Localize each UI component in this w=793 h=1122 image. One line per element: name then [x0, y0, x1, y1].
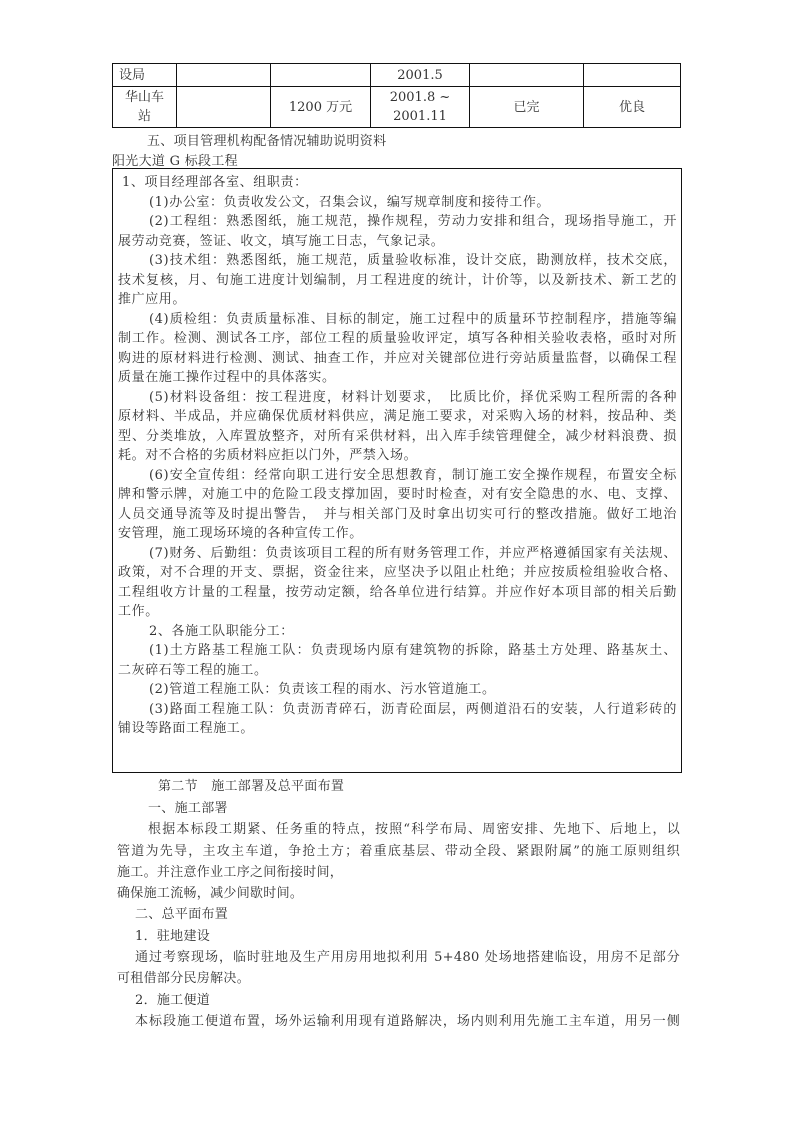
box-line: (1)办公室：负责收发公文，召集会议，编写规章制度和接待工作。: [149, 191, 550, 210]
box-line: (3)技术组：熟悉图纸，施工规范，质量验收标准，设计交底，勘测放样，技术交底，: [149, 249, 677, 268]
table-cell: [177, 87, 271, 128]
table-cell-name: 设局: [113, 64, 177, 87]
table-row: 设局 2001.5: [113, 64, 681, 87]
box-line: (4)质检组：负责质量标准、目标的制定，施工过程中的质量环节控制程序，措施等编: [149, 308, 677, 327]
table-cell-name: 华山车 站: [113, 87, 177, 128]
period-line: 2001.11: [371, 107, 469, 126]
paragraph-line: 施工。并注意作业工序之间衔接时间，: [117, 861, 343, 880]
table-cell-quality: 优良: [584, 87, 681, 128]
paragraph-line: 确保施工流畅，减少间歇时间。: [117, 882, 303, 901]
box-line: 购进的原材料进行检测、测试、抽查工作，并应对关键部位进行旁站质量监督，以确保工程: [118, 347, 677, 366]
table-cell-amount: 1200 万元: [271, 87, 371, 128]
box-line: (2)工程组：熟悉图纸，施工规范，操作规程，劳动力安排和组合，现场指导施工，开: [149, 210, 677, 229]
item-heading: 2．施工便道: [135, 989, 210, 1008]
box-line: (1)土方路基工程施工队：负责现场内原有建筑物的拆除，路基土方处理、路基灰土、: [149, 639, 677, 658]
box-line: 展劳动竞赛，签证、收文，填写施工日志，气象记录。: [118, 230, 444, 249]
table-cell-amount: [271, 64, 371, 87]
project-table: 设局 2001.5 华山车 站 1200 万元 2001.8 ~ 2001.11…: [112, 63, 681, 128]
box-line: 人员交通导流等及时提出警告， 并与相关部门及时拿出切实可行的整改措施。做好工地治: [118, 503, 677, 522]
paragraph-line: 可租借部分民房解决。: [117, 967, 250, 986]
project-name: 阳光大道 G 标段工程: [112, 150, 238, 169]
table-cell: [177, 64, 271, 87]
period-line: 2001.8 ~: [371, 88, 469, 107]
box-line: 1、项目经理部各室、组职责：: [122, 171, 308, 190]
box-line: 型、分类堆放，入库置放整齐，对所有采供材料，出入库手续管理健全，减少材料浪费、损: [118, 425, 677, 444]
box-line: 耗。对不合格的劣质材料应拒以门外，严禁入场。: [118, 444, 417, 463]
box-line: 二灰碎石等工程的施工。: [118, 659, 268, 678]
box-line: 技术复核，月、旬施工进度计划编制，月工程进度的统计，计价等，以及新技术、新工艺的: [118, 269, 677, 288]
box-line: 牌和警示牌，对施工中的危险工段支撑加固，要时时检查，对有安全隐患的水、电、支撑、: [118, 483, 677, 502]
paragraph-line: 通过考察现场，临时驻地及生产用房用地拟利用 5+480 处场地搭建临设，用房不足…: [135, 946, 680, 965]
section-heading: 五、项目管理机构配备情况辅助说明资料: [147, 130, 386, 149]
box-line: 原材料、半成品，并应确保优质材料供应，满足施工要求，对采购入场的材料，按品种、类: [118, 405, 677, 424]
box-line: 制工作。检测、测试各工序，部位工程的质量验收评定，填写各种相关验收表格，亟时对所: [118, 327, 677, 346]
paragraph-line: 本标段施工便道布置，场外运输利用现有道路解决，场内则利用先施工主车道，用另一侧: [135, 1010, 680, 1029]
table-cell-status: [470, 64, 584, 87]
box-line: (5)材料设备组：按工程进度，材料计划要求， 比质比价，择优采购工程所需的各种: [149, 386, 677, 405]
box-line: 安管理，施工现场环境的各种宣传工作。: [118, 522, 363, 541]
table-cell-period: 2001.8 ~ 2001.11: [371, 87, 470, 128]
box-line: (6)安全宣传组：经常向职工进行安全思想教育，制订施工安全操作规程，布置安全标: [149, 464, 677, 483]
document-page: 设局 2001.5 华山车 站 1200 万元 2001.8 ~ 2001.11…: [0, 0, 793, 1122]
box-line: (2)管道工程施工队：负责该工程的雨水、污水管道施工。: [149, 678, 496, 697]
subsection-heading: 二、总平面布置: [135, 903, 228, 922]
project-name-underlined: 阳光大道 G 标段: [112, 154, 211, 169]
project-name-suffix: 工程: [211, 154, 238, 169]
table-row: 华山车 站 1200 万元 2001.8 ~ 2001.11 已完 优良: [113, 87, 681, 128]
box-line: 质量在施工操作过程中的具体落实。: [118, 366, 336, 385]
table-cell-status: 已完: [470, 87, 584, 128]
paragraph-line: 根据本标段工期紧、任务重的特点，按照“科学布局、周密安排、先地下、后地上，以: [148, 818, 680, 837]
box-line: 政策，对不合理的开支、票据，资金往来，应坚决予以阻止杜绝；并应按质检组验收合格、: [118, 561, 677, 580]
box-line: 铺设等路面工程施工。: [118, 717, 254, 736]
item-heading: 1．驻地建设: [135, 925, 210, 944]
box-line: 工程组收方计量的工程量，按劳动定额，给各单位进行结算。并应作好本项目部的相关后勤: [118, 581, 677, 600]
box-line: 2、各施工队职能分工：: [149, 620, 294, 639]
name-line: 华山车: [113, 88, 176, 107]
chapter-heading: 第二节 施工部署及总平面布置: [158, 775, 344, 794]
box-line: (7)财务、后勤组：负责该项目工程的所有财务管理工作，并应严格遵循国家有关法规、: [149, 542, 677, 561]
table-cell-quality: [584, 64, 681, 87]
paragraph-line: 管道为先导，主攻主车道，争抢土方；着重底基层、带动全段、紧跟附属”的施工原则组织: [117, 840, 680, 859]
name-line: 站: [113, 107, 176, 126]
table-cell-period: 2001.5: [371, 64, 470, 87]
box-line: 工作。: [118, 600, 159, 619]
box-line: (3)路面工程施工队：负责沥青碎石，沥青砼面层，两侧道沿石的安装，人行道彩砖的: [149, 698, 677, 717]
subsection-heading: 一、施工部署: [148, 797, 228, 816]
box-line: 推广应用。: [118, 288, 186, 307]
responsibilities-box: 1、项目经理部各室、组职责： (1)办公室：负责收发公文，召集会议，编写规章制度…: [112, 168, 682, 773]
